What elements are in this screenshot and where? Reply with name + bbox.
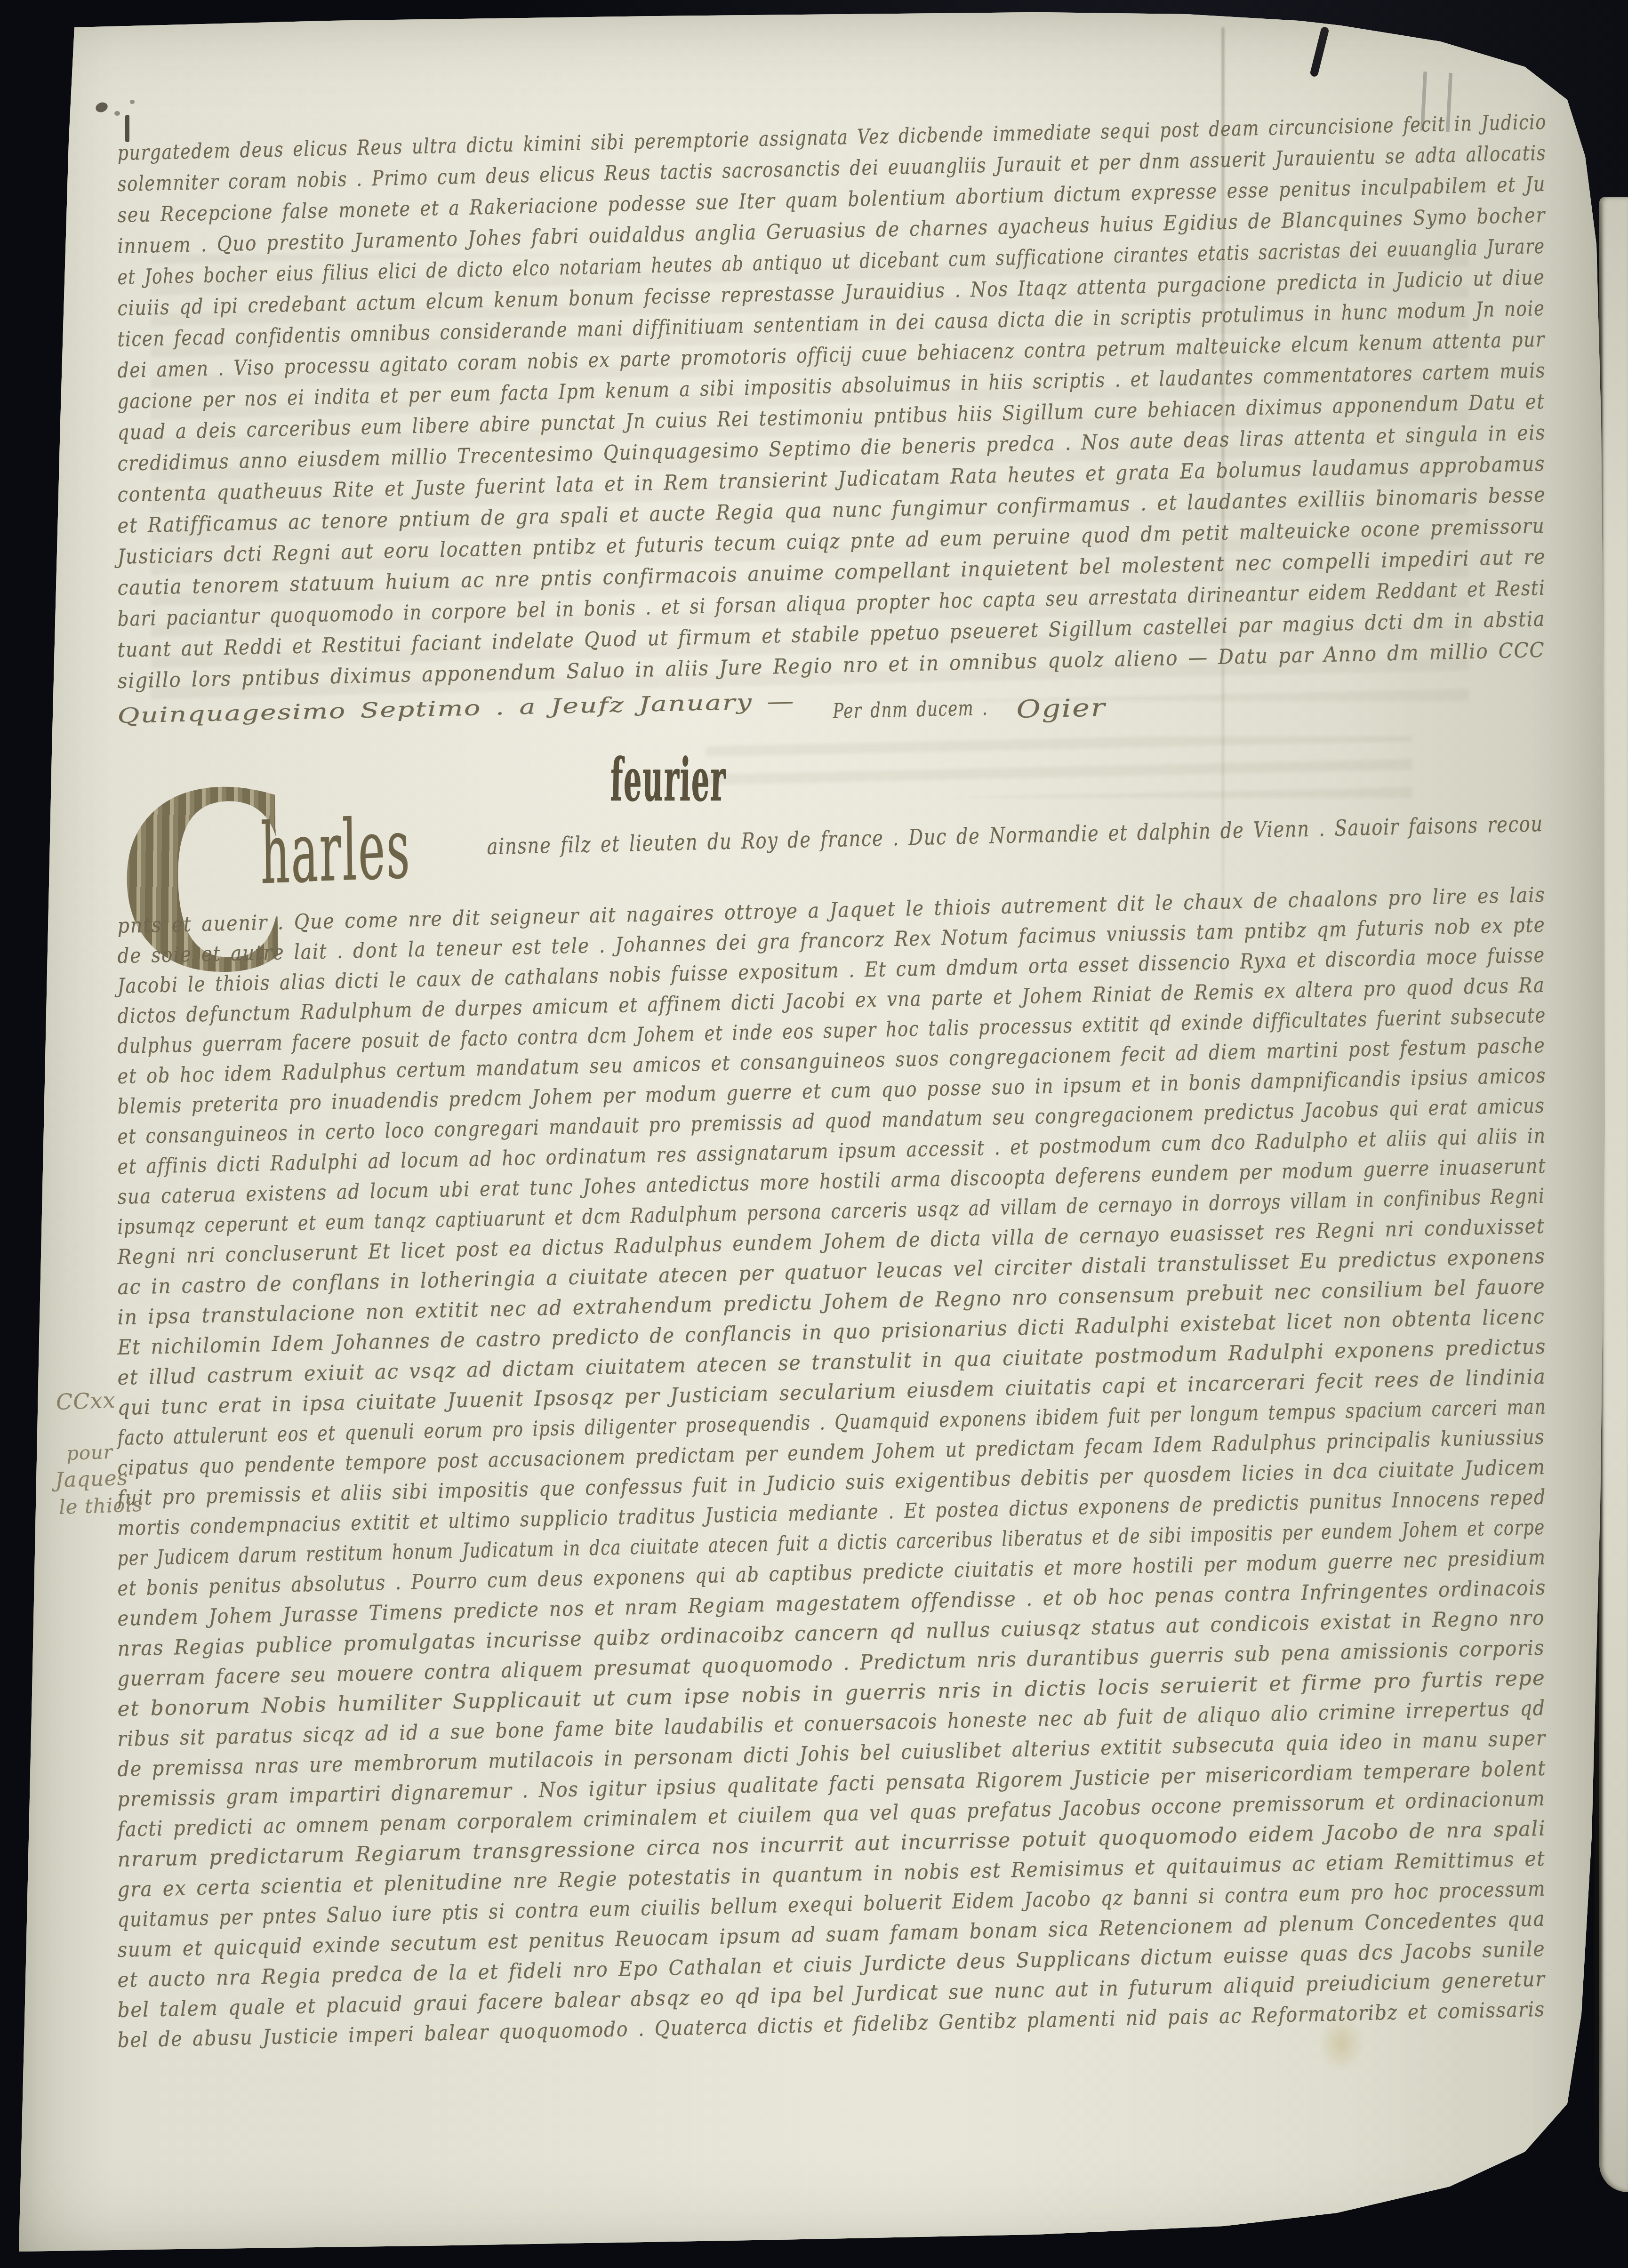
ink-blot xyxy=(114,111,120,116)
margin-entry-number: CCxx xyxy=(56,1387,116,1415)
ink-blot xyxy=(94,101,109,114)
ink-dash-mark xyxy=(1309,26,1330,78)
parchment-folio: II purgatedem deus elicus Reus ultra dic… xyxy=(0,0,1628,2268)
margin-note-line: le thiois xyxy=(58,1493,143,1519)
clerk-signature: Ogier xyxy=(1016,694,1107,724)
opening-word: harles xyxy=(260,800,411,903)
manuscript-photo: II purgatedem deus elicus Reus ultra dic… xyxy=(0,0,1628,2268)
margin-note-line: pour xyxy=(66,1442,113,1465)
charter-opening-line: ainsne filz et lieuten du Roy de france … xyxy=(487,811,1543,860)
ink-blot xyxy=(130,100,135,104)
ink-tick-mark xyxy=(125,115,129,142)
ink-showthrough xyxy=(706,737,1412,798)
margin-note-line: Jaques xyxy=(55,1466,128,1492)
pencil-folio-mark: II xyxy=(1411,56,1467,152)
month-heading: feurier xyxy=(610,746,727,815)
chancery-per-clause: Per dnm ducem . xyxy=(833,696,988,723)
